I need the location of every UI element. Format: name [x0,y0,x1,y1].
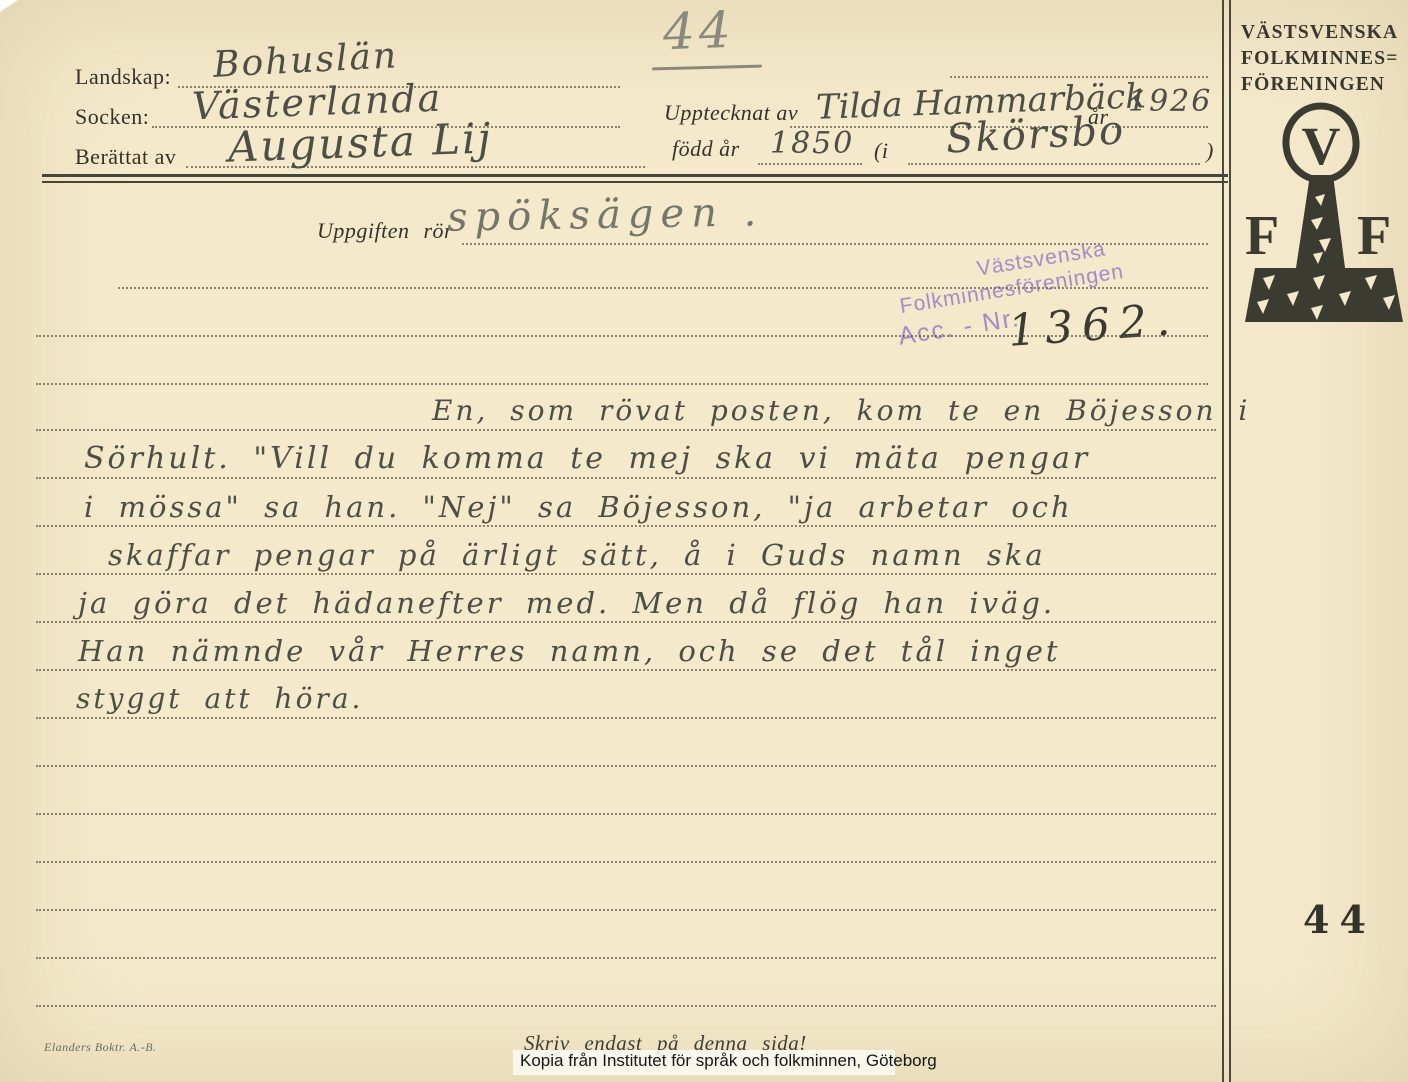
ar-value: 1926 [1128,84,1212,119]
socken-label: Socken: [75,104,149,130]
handwritten-line: Sörhult. "Vill du komma te mej ska vi mä… [84,441,1090,476]
birthplace-value: Skörsbo [945,107,1126,162]
org-line2: FOLKMINNES= [1241,46,1405,72]
handwritten-line: styggt att höra. [76,682,363,715]
accession-number: 1362. [1006,294,1180,357]
page-number-pencil: 44 [662,1,736,61]
thors-hammer-logo-icon: V F F [1243,102,1403,332]
ruled-line [36,477,1216,479]
fodd-ar-label: född år [672,136,740,162]
logo-letter-f-right: F [1357,205,1391,267]
ruled-line [36,429,1216,431]
ruled-line [118,287,1208,289]
ruled-line [36,1005,1216,1007]
ruled-line [36,383,1208,385]
berattat-av-value: Augusta Lij [227,113,493,171]
fodd-ar-value: 1850 [770,126,854,161]
ruled-line [36,525,1216,527]
org-line3: FÖRENINGEN [1241,72,1405,98]
ruled-line [36,957,1216,959]
handwritten-line: i mössa" sa han. "Nej" sa Böjesson, "ja … [84,490,1073,524]
printer-credit: Elanders Boktr. A.-B. [44,1040,157,1055]
page-number-stamp: 44 [1303,897,1376,942]
record-card: Landskap: Bohuslän Socken: Västerlanda B… [0,0,1408,1082]
paren-close-label: ) [1206,138,1214,164]
handwritten-line: En, som rövat posten, kom te en Böjesson… [432,394,1250,427]
paren-open-label: (i [874,138,888,164]
ruled-line [36,909,1216,911]
logo-letter-v: V [1302,116,1341,176]
berattat-av-label: Berättat av [75,144,176,170]
handwritten-line: skaffar pengar på ärligt sätt, å i Guds … [108,538,1046,572]
header-divider [42,174,1228,183]
organization-name: VÄSTSVENSKA FOLKMINNES= FÖRENINGEN [1241,20,1405,98]
logo-letter-f-left: F [1245,205,1279,267]
ruled-line [758,163,862,165]
scan-corner-artifact [0,0,18,12]
handwritten-line: ja göra det hädanefter med. Men då flög … [78,586,1055,620]
ruled-line [36,765,1216,767]
handwritten-line: Han nämnde vår Herres namn, och se det t… [78,634,1061,668]
ruled-line [36,861,1216,863]
ruled-line [36,621,1216,623]
landskap-label: Landskap: [75,64,171,90]
margin-divider [1222,0,1231,1082]
ruled-line [36,669,1216,671]
uppgiften-ror-label: Uppgiften rör [317,218,453,244]
ruled-line [36,717,1216,719]
ruled-line [908,163,1200,165]
subject-value: spöksägen . [447,189,764,241]
org-line1: VÄSTSVENSKA [1241,20,1405,46]
upptecknat-av-label: Upptecknat av [664,100,798,126]
ruled-line [36,813,1216,815]
copy-note: Kopia från Institutet för språk och folk… [520,1051,937,1071]
ruled-line [36,335,1208,337]
pencil-underline [652,65,762,71]
ruled-line [1112,126,1208,128]
ruled-line [36,573,1216,575]
